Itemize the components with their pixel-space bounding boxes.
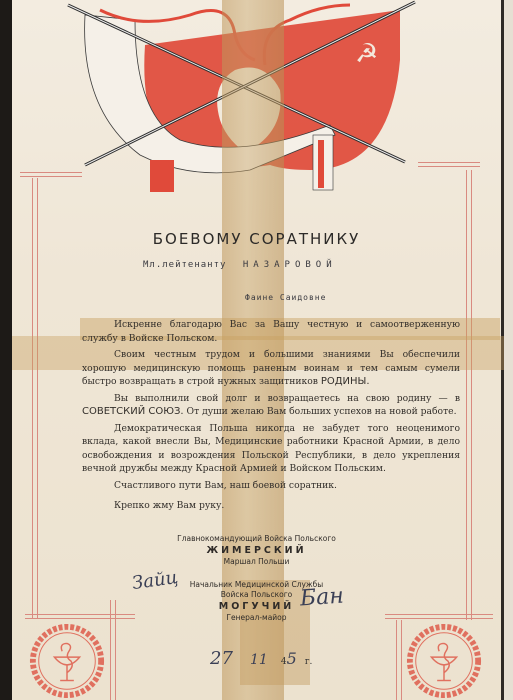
addressee-surname: НАЗАРОВОЙ [243, 260, 337, 270]
letter-body: Искренне благодарю Вас за Вашу честную и… [82, 318, 460, 520]
document-title: БОЕВОМУ СОРАТНИКУ [0, 230, 513, 248]
signatory-commander: Главнокомандующий Войска Польского ЖИМЕР… [0, 534, 513, 567]
date-month: 11 [250, 652, 268, 668]
paragraph-5: Счастливого пути Вам, наш боевой соратни… [82, 479, 460, 493]
paragraph-3: Вы выполнили свой долг и возвращаетесь н… [82, 392, 460, 419]
bowl-of-hygieia-wreath-icon [405, 622, 483, 700]
paragraph-4: Демократическая Польша никогда не забуде… [82, 422, 460, 476]
addressee-line: Мл.лейтенанту НАЗАРОВОЙ [143, 260, 337, 270]
frame-line-bottom-right-v [396, 620, 402, 700]
document-date: 27 11 45г. [210, 648, 312, 669]
paragraph-1: Искренне благодарю Вас за Вашу честную и… [82, 318, 460, 345]
paragraph-3-caps: СОВЕТСКИЙ СОЮЗ. [82, 406, 184, 417]
paragraph-2-caps: РОДИНЫ. [321, 376, 370, 387]
date-year-suffix: г. [305, 657, 313, 667]
svg-text:☭: ☭ [355, 39, 378, 69]
paragraph-2: Своим честным трудом и большими знаниями… [82, 348, 460, 389]
addressee-given-name: Фаине Саидовне [245, 293, 326, 302]
date-day: 27 [210, 648, 233, 669]
paragraph-6: Крепко жму Вам руку. [82, 499, 460, 513]
handwritten-signature-2: Бан [299, 584, 344, 612]
date-year-handwritten: 5 [287, 649, 297, 668]
addressee-rank: Мл.лейтенанту [143, 260, 226, 270]
bowl-of-hygieia-wreath-icon [28, 622, 106, 700]
signatory-medical-chief: Начальник Медицинской Службы Войска Поль… [0, 580, 513, 623]
